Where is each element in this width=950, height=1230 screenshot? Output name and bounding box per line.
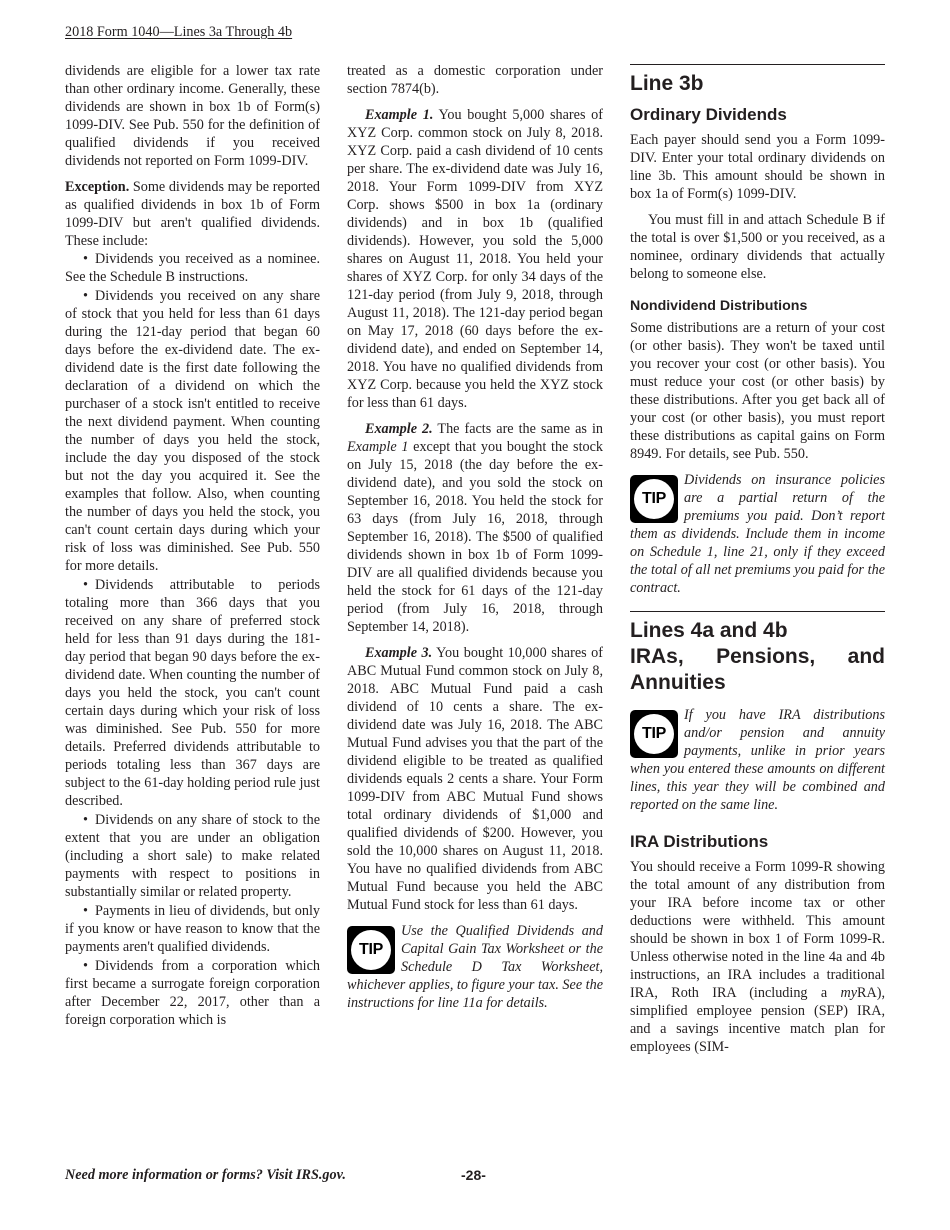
bullet-icon: • <box>83 287 95 305</box>
nondividend-distributions-paragraph: Some distributions are a return of your … <box>630 319 885 463</box>
bullet-item: •Dividends on any share of stock to the … <box>65 811 320 901</box>
exception-label: Exception. <box>65 179 129 195</box>
running-head: 2018 Form 1040—Lines 3a Through 4b <box>65 24 292 41</box>
bullet-item: •Dividends attributable to periods total… <box>65 576 320 810</box>
example-1-paragraph: Example 1. You bought 5,000 shares of XY… <box>347 106 603 412</box>
qualified-dividends-paragraph: dividends are eligible for a lower tax r… <box>65 62 320 170</box>
bullet-item: •Payments in lieu of dividends, but only… <box>65 902 320 956</box>
ordinary-dividends-paragraph-2: You must fill in and attach Schedule B i… <box>630 211 885 283</box>
section-divider <box>630 64 885 65</box>
tip-box-insurance-dividends: TIP Dividends on insurance policies are … <box>630 471 885 597</box>
bullet-item: •Dividends you received on any share of … <box>65 287 320 575</box>
ira-distributions-paragraph: You should receive a Form 1099-R showing… <box>630 858 885 1056</box>
ordinary-dividends-paragraph-1: Each payer should send you a Form 1099-D… <box>630 131 885 203</box>
tip-icon: TIP <box>630 475 678 523</box>
section-7874-paragraph: treated as a domestic corporation under … <box>347 62 603 98</box>
ordinary-dividends-heading: Ordinary Dividends <box>630 105 885 125</box>
bullet-item: •Dividends you received as a nominee. Se… <box>65 250 320 286</box>
nondividend-distributions-heading: Nondividend Distributions <box>630 297 885 315</box>
example-3-label: Example 3. <box>365 645 432 661</box>
tip-icon: TIP <box>630 710 678 758</box>
bullet-icon: • <box>83 902 95 920</box>
bullet-icon: • <box>83 576 95 594</box>
lines-4a-4b-heading: Lines 4a and 4bIRAs, Pensions, and Annui… <box>630 618 885 696</box>
line-3b-heading: Line 3b <box>630 71 885 97</box>
tip-box-qualified-dividends-worksheet: TIP Use the Qualified Dividends and Capi… <box>347 922 603 1012</box>
bullet-icon: • <box>83 957 95 975</box>
example-2-label: Example 2. <box>365 421 433 437</box>
bullet-item: •Dividends from a corporation which firs… <box>65 957 320 1029</box>
example-2-paragraph: Example 2. The facts are the same as in … <box>347 420 603 636</box>
column-1: dividends are eligible for a lower tax r… <box>65 62 320 1030</box>
page-number: -28- <box>461 1167 486 1183</box>
bullet-icon: • <box>83 811 95 829</box>
section-divider <box>630 611 885 612</box>
exception-paragraph: Exception. Some dividends may be reporte… <box>65 178 320 250</box>
column-2: treated as a domestic corporation under … <box>347 62 603 1020</box>
tip-box-ira-pensions: TIP If you have IRA distributions and/or… <box>630 706 885 814</box>
tip-icon: TIP <box>347 926 395 974</box>
example-3-paragraph: Example 3. You bought 10,000 shares of A… <box>347 644 603 914</box>
example-1-label: Example 1. <box>365 107 433 123</box>
ira-distributions-heading: IRA Distributions <box>630 832 885 852</box>
example-1-reference: Example 1 <box>347 439 408 455</box>
bullet-icon: • <box>83 250 95 268</box>
column-3: Line 3b Ordinary Dividends Each payer sh… <box>630 62 885 1064</box>
footer-irs-link-text: Need more information or forms? Visit IR… <box>65 1167 346 1184</box>
